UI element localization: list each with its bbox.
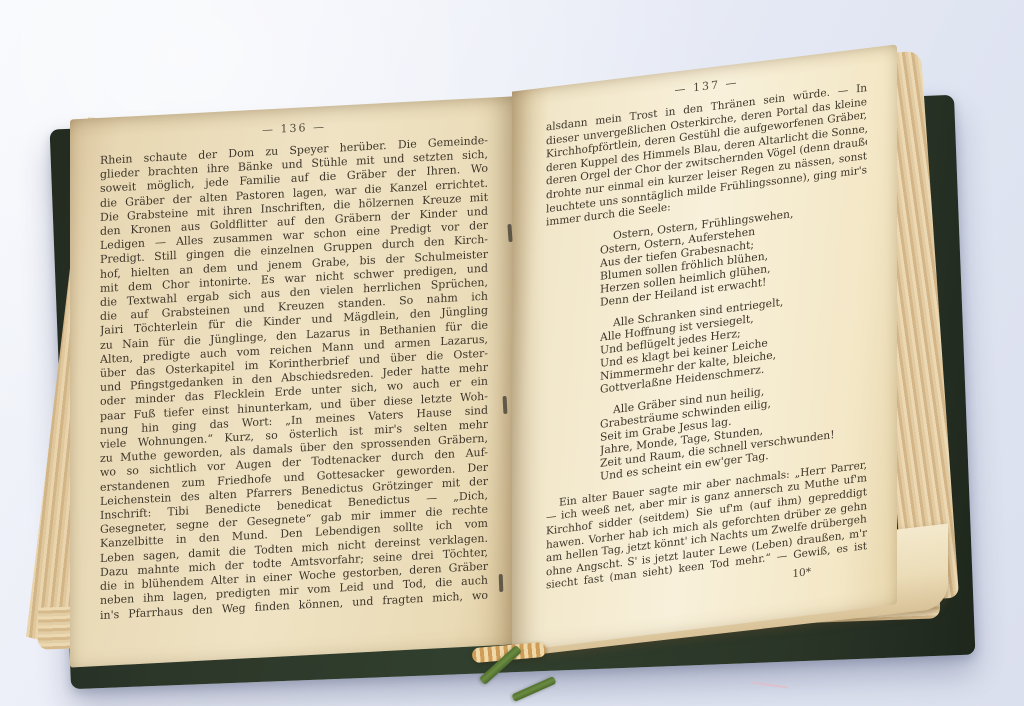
left-page-text: Rhein schaute der Dom zu Speyer herüber.… <box>100 134 488 623</box>
right-page: — 137 — alsdann mein Trost in den Thräne… <box>512 44 897 651</box>
easter-poem: Ostern, Ostern, Frühlingswehen,Ostern, O… <box>600 198 867 483</box>
book-photo-scene: — 136 — Rhein schaute der Dom zu Speyer … <box>0 0 1024 706</box>
binding-stitch <box>499 574 504 592</box>
left-page: — 136 — Rhein schaute der Dom zu Speyer … <box>70 96 512 667</box>
binding-stitch <box>503 396 508 414</box>
